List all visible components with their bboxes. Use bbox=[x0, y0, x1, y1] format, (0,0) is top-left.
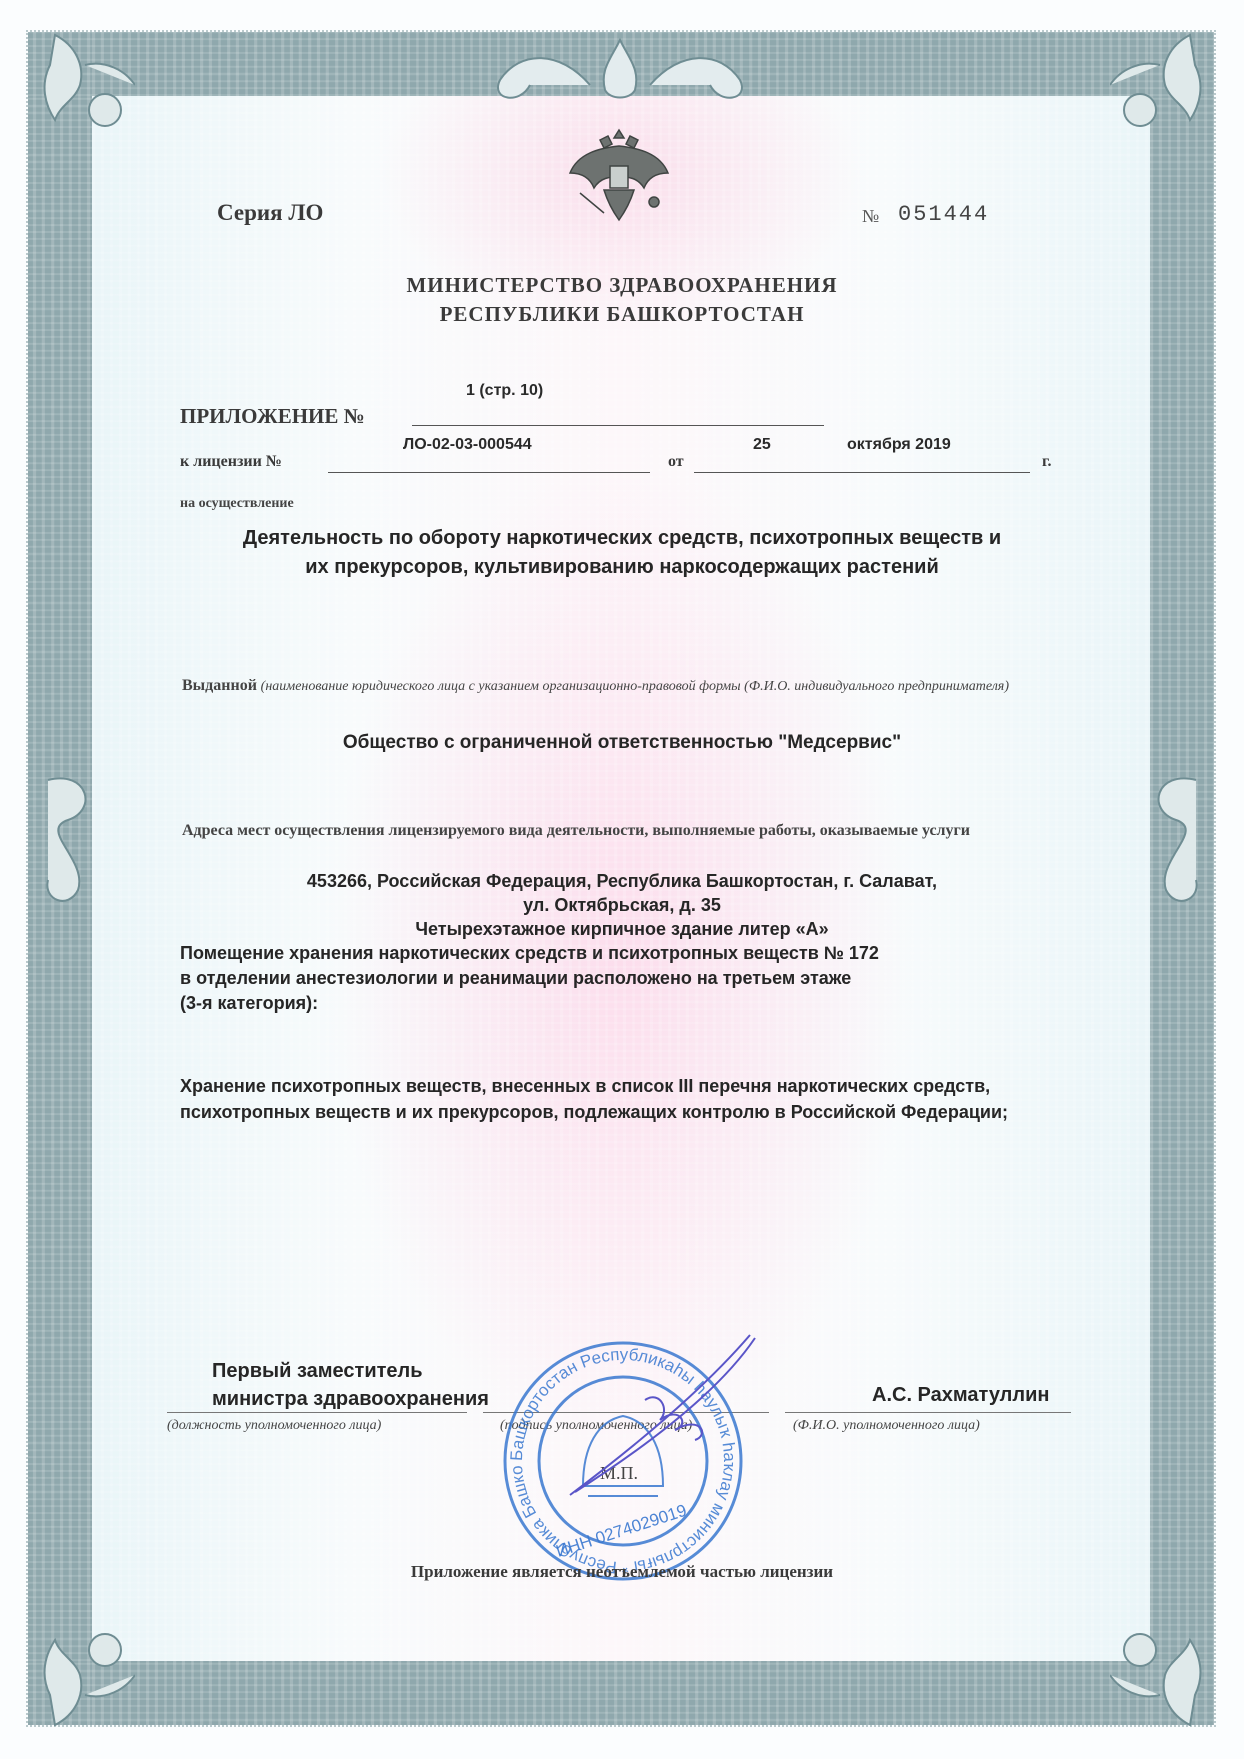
licensed-works: Хранение психотропных веществ, внесенных… bbox=[180, 1073, 1080, 1125]
building-description: Четырехэтажное кирпичное здание литер «А… bbox=[0, 919, 1244, 940]
signatory-name: А.С. Рахматуллин bbox=[872, 1384, 1049, 1407]
coat-of-arms-emblem bbox=[560, 118, 678, 228]
appendix-number-value: 1 (стр. 10) bbox=[466, 382, 543, 400]
date-from-label: от bbox=[668, 453, 684, 471]
form-number: 051444 bbox=[898, 202, 989, 227]
license-label: к лицензии № bbox=[180, 453, 282, 471]
purpose-label: на осуществление bbox=[180, 496, 294, 512]
signature-underline bbox=[483, 1412, 769, 1413]
year-suffix: г. bbox=[1042, 453, 1051, 471]
issued-to-label: Выданной (наименование юридического лица… bbox=[182, 673, 1082, 700]
issued-hint: (наименование юридического лица с указан… bbox=[261, 679, 1009, 694]
date-underline bbox=[694, 472, 1030, 473]
license-date-month-year: октября 2019 bbox=[847, 436, 951, 454]
issued-label-word: Выданной bbox=[182, 677, 257, 694]
licensed-activity: Деятельность по обороту наркотических ср… bbox=[0, 524, 1244, 582]
organization-name: Общество с ограниченной ответственностью… bbox=[0, 732, 1244, 754]
premises-line2: в отделении анестезиологии и реанимации … bbox=[180, 968, 851, 989]
name-underline bbox=[785, 1412, 1071, 1413]
address-line1: 453266, Российская Федерация, Республика… bbox=[0, 871, 1244, 892]
address-line2: ул. Октябрьская, д. 35 bbox=[0, 895, 1244, 916]
appendix-underline bbox=[412, 425, 824, 426]
activity-line1: Деятельность по обороту наркотических ср… bbox=[0, 524, 1244, 553]
activity-line2: их прекурсоров, культивированию наркосод… bbox=[0, 553, 1244, 582]
footer-note: Приложение является неотъемлемой частью … bbox=[0, 1562, 1244, 1582]
license-date-day: 25 bbox=[753, 436, 771, 454]
license-number-value: ЛО-02-03-000544 bbox=[403, 436, 532, 454]
seal-place-mark: М.П. bbox=[600, 1463, 638, 1484]
position-line2: министра здравоохранения bbox=[212, 1385, 489, 1413]
caption-name: (Ф.И.О. уполномоченного лица) bbox=[793, 1418, 980, 1434]
license-number-underline bbox=[328, 472, 650, 473]
ministry-title-line2: РЕСПУБЛИКИ БАШКОРТОСТАН bbox=[0, 302, 1244, 327]
caption-position: (должность уполномоченного лица) bbox=[167, 1418, 381, 1434]
caption-signature: (подпись уполномоченного лица) bbox=[500, 1418, 692, 1434]
position-line1: Первый заместитель bbox=[212, 1357, 489, 1385]
series-label: Серия ЛО bbox=[217, 200, 323, 226]
premises-line1: Помещение хранения наркотических средств… bbox=[180, 943, 879, 964]
appendix-label: ПРИЛОЖЕНИЕ № bbox=[180, 404, 365, 429]
number-sign: № bbox=[862, 206, 879, 227]
position-underline bbox=[167, 1412, 467, 1413]
ministry-title-line1: МИНИСТЕРСТВО ЗДРАВООХРАНЕНИЯ bbox=[0, 273, 1244, 298]
premises-category: (3-я категория): bbox=[180, 993, 318, 1014]
address-label: Адреса мест осуществления лицензируемого… bbox=[182, 818, 1082, 844]
signatory-position: Первый заместитель министра здравоохране… bbox=[212, 1357, 489, 1413]
